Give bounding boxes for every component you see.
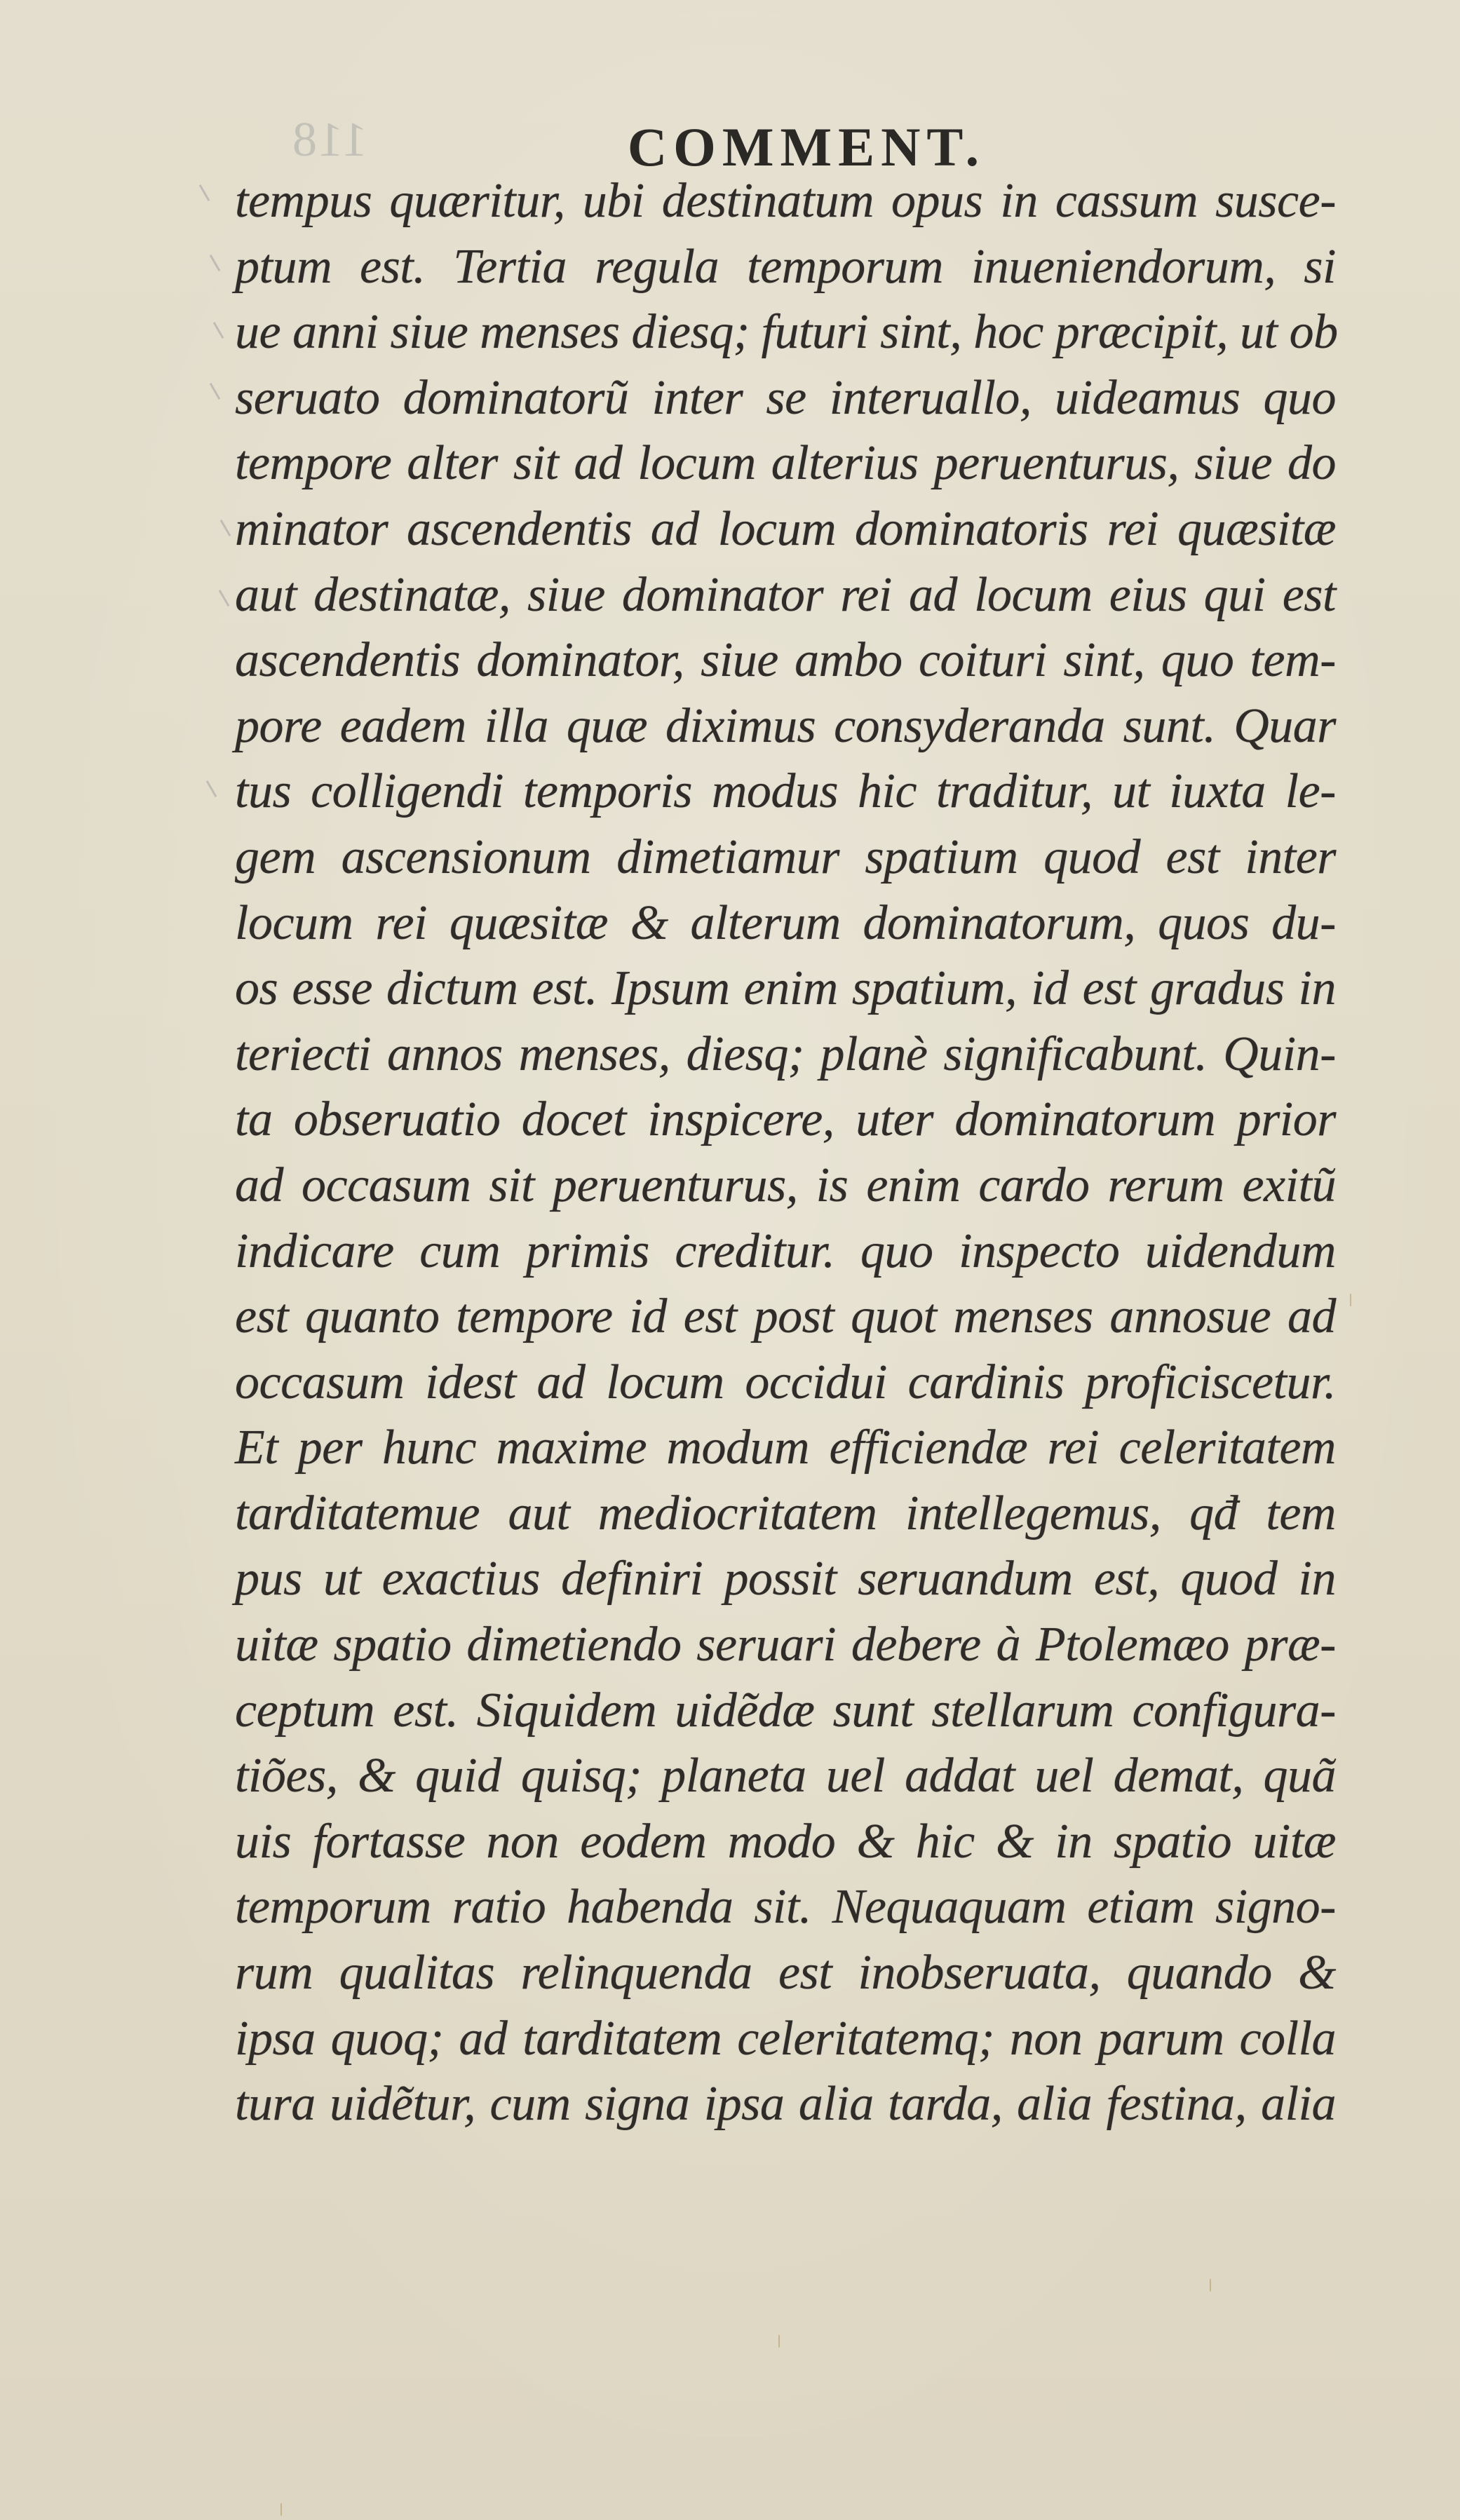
text-line: seruato dominatorũ inter se interuallo, … — [235, 365, 1336, 431]
text-line: indicare cum primis creditur. quo inspec… — [235, 1219, 1336, 1285]
margin-mark — [210, 383, 221, 400]
text-line: ta obseruatio docet inspicere, uter domi… — [235, 1087, 1336, 1153]
margin-mark — [210, 255, 221, 271]
text-line: temporum ratio habenda sit. Nequaquam et… — [235, 1874, 1336, 1940]
margin-mark — [199, 184, 210, 201]
text-line: teriecti annos menses, diesq; planè sign… — [235, 1022, 1336, 1088]
book-page: 118 COMMENT. tempus quæritur, ubi destin… — [0, 0, 1460, 2520]
text-line: aut destinatæ, siue dominator rei ad loc… — [235, 562, 1336, 628]
text-line: est quanto tempore id est post quot mens… — [235, 1284, 1336, 1350]
text-line: rum qualitas relinquenda est inobseruata… — [235, 1940, 1336, 2006]
text-line: pus ut exactius definiri possit seruandu… — [235, 1546, 1336, 1612]
text-line: pore eadem illa quæ diximus consyderanda… — [235, 693, 1336, 759]
paper-fleck — [1350, 1294, 1351, 1306]
text-line: ipsa quoq; ad tarditatem celeritatemq; n… — [235, 2006, 1336, 2072]
margin-mark — [219, 590, 230, 607]
text-line: locum rei quæsitæ & alterum dominatorum,… — [235, 890, 1336, 956]
text-line: gem ascensionum dimetiamur spatium quod … — [235, 825, 1336, 890]
text-line: ascendentis dominator, siue ambo coituri… — [235, 628, 1336, 693]
text-line: ptum est. Tertia regula temporum inuenie… — [235, 234, 1336, 300]
text-line: tarditatemue aut mediocritatem intellege… — [235, 1481, 1336, 1547]
text-line: ceptum est. Siquidem uidẽdæ sunt stellar… — [235, 1678, 1336, 1744]
text-line: tus colligendi temporis modus hic tradit… — [235, 759, 1336, 825]
text-line: ue anni siue menses diesq; futuri sint, … — [235, 299, 1336, 365]
text-line: tura uidẽtur, cum signa ipsa alia tarda,… — [235, 2071, 1336, 2137]
text-line: tempore alter sit ad locum alterius peru… — [235, 431, 1336, 496]
text-line: os esse dictum est. Ipsum enim spatium, … — [235, 956, 1336, 1022]
paper-fleck — [280, 2503, 282, 2516]
text-line: ad occasum sit peruenturus, is enim card… — [235, 1153, 1336, 1219]
paper-fleck — [1210, 2279, 1211, 2291]
text-line: uitæ spatio dimetiendo seruari debere à … — [235, 1612, 1336, 1678]
margin-mark — [220, 520, 231, 536]
text-line: Et per hunc maxime modum efficiendæ rei … — [235, 1415, 1336, 1481]
body-text: tempus quæritur, ubi destinatum opus in … — [235, 168, 1336, 2137]
text-line: minator ascendentis ad locum dominatoris… — [235, 496, 1336, 562]
text-line: uis fortasse non eodem modo & hic & in s… — [235, 1809, 1336, 1875]
margin-mark — [206, 780, 217, 797]
text-line: tempus quæritur, ubi destinatum opus in … — [235, 168, 1336, 234]
paper-fleck — [778, 2335, 780, 2348]
text-line: tiões, & quid quisq; planeta uel addat u… — [235, 1743, 1336, 1809]
margin-mark — [213, 322, 224, 339]
text-line: occasum idest ad locum occidui cardinis … — [235, 1350, 1336, 1416]
